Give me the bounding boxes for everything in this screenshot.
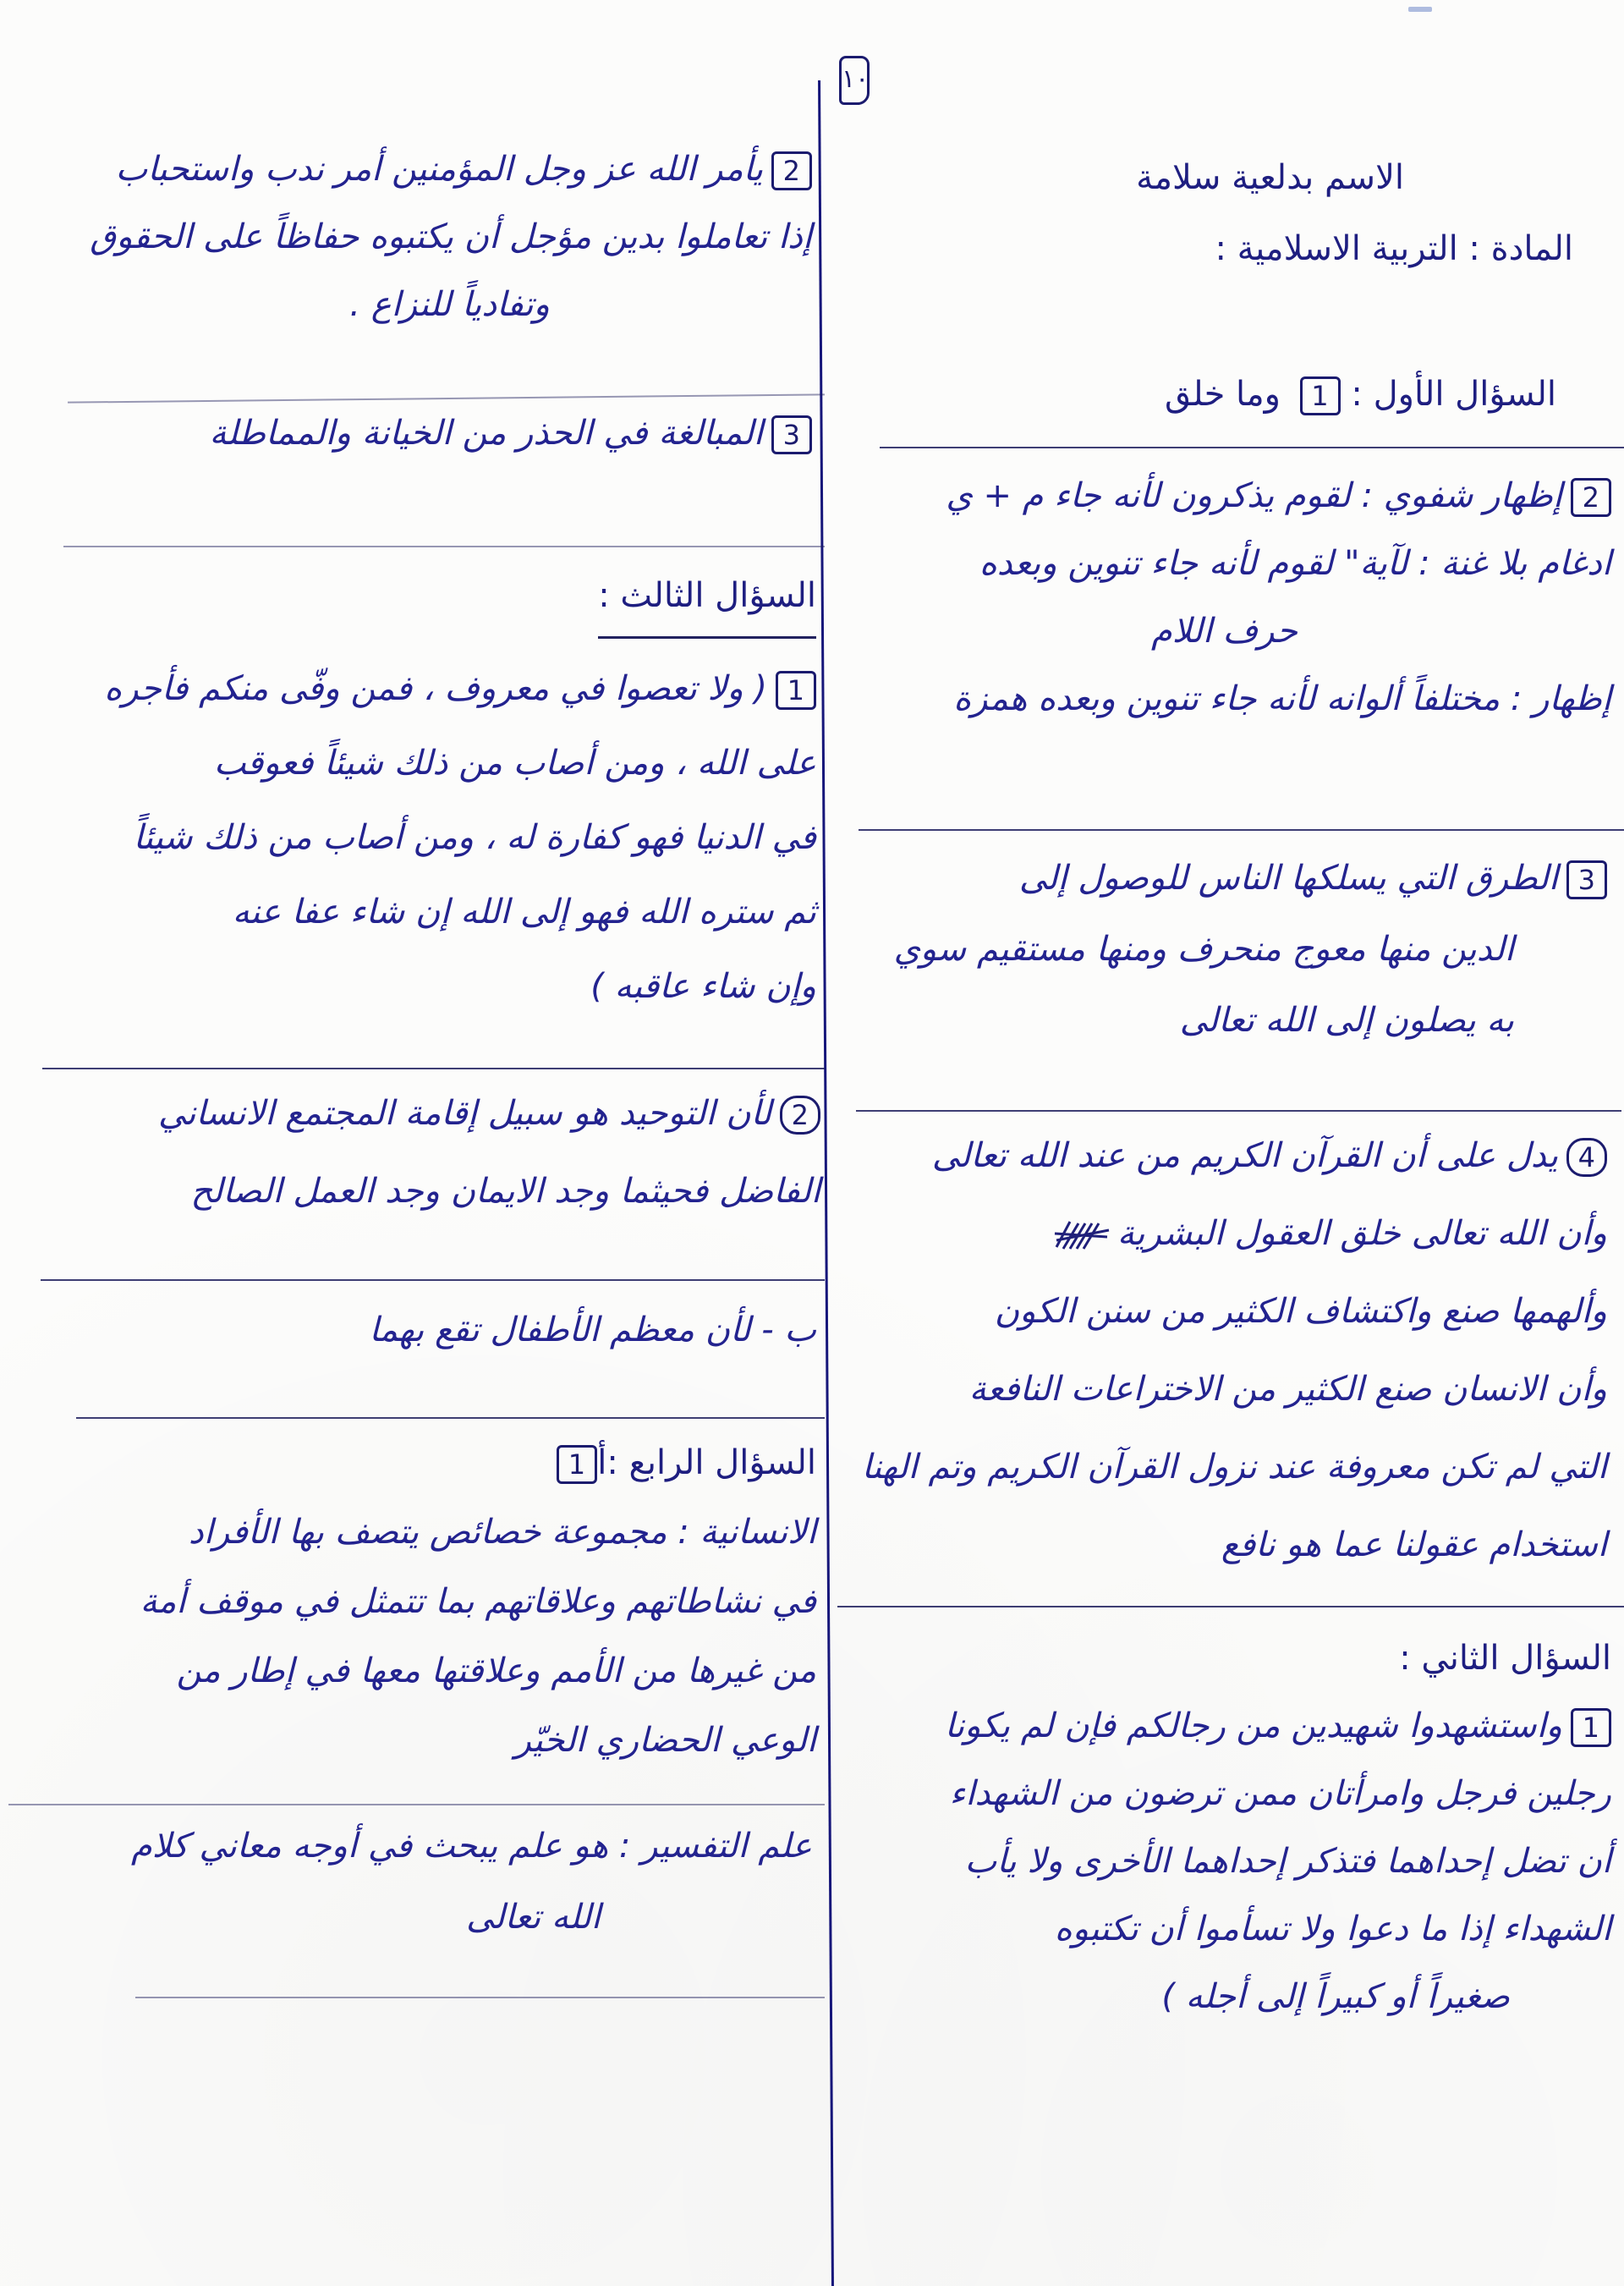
q4-title: السؤال الرابع :: [606, 1443, 816, 1482]
q3-a2-number: 2: [780, 1096, 820, 1135]
q3-answer-1: 1( ولا تعصوا في معروف ، فمن وفّى منكم فأ…: [42, 651, 816, 1024]
q1-a4-line: وأن الانسان صنع الكثير من الاختراعات الن…: [837, 1350, 1607, 1428]
q4-a1-line: الانسانية : مجموعة خصائص يتصف بها الأفرا…: [51, 1497, 816, 1567]
q2-a3-line: 3المبالغة في الحذر من الخيانة والمماطلة: [127, 398, 812, 469]
q3-a1-line: على الله ، ومن أصاب من ذلك شيئاً فعوقب: [42, 726, 816, 800]
q3-a2-line: 2لأن التوحيد هو سبيل إقامة المجتمع الانس…: [34, 1074, 820, 1152]
q1-a2-line: إظهار : مختلفاً ألوانه لأنه جاء تنوين وب…: [837, 665, 1611, 733]
q2-a2-line: وتفادياً للنزاع .: [25, 271, 812, 338]
q1-a3-line: به يصلون إلى الله تعالى: [846, 985, 1607, 1056]
q1-a3-line: 3الطرق التي يسلكها الناس للوصول إلى: [846, 843, 1607, 914]
q1-a1-number: 1: [1300, 376, 1341, 415]
q2-a1-number: 1: [1571, 1708, 1611, 1747]
rule-q3-a2: [41, 1279, 825, 1281]
q2-a1-line: 1واستشهدوا شهيدين من رجالكم فإن لم يكونا: [833, 1692, 1611, 1760]
q4-answer-2: علم التفسير : هو علم يبحث في أوجه معاني …: [42, 1811, 812, 1953]
q2-a2-line: 2يأمر الله عز وجل المؤمنين أمر ندب واستح…: [25, 135, 812, 203]
q2-a1-line: رجلين فرجل وامرأتان ممن ترضون من الشهداء: [833, 1760, 1611, 1827]
q2-a2-line: إذا تعاملوا بدين مؤجل أن يكتبوه حفاظاً ع…: [25, 203, 812, 271]
rule-q1-a1: [880, 447, 1624, 448]
q1-a4-line: استخدام عقولنا عما هو نافع: [837, 1506, 1607, 1584]
rule-q1-a2: [859, 829, 1624, 831]
q3-answer-b: ب - لأن معظم الأطفال تقع بهما: [254, 1294, 816, 1366]
q4-a1-line: الوعي الحضاري الخيّر: [51, 1706, 816, 1775]
q3-a1-line: في الدنيا فهو كفارة له ، ومن أصاب من ذلك…: [42, 800, 816, 875]
q1-a4-number: 4: [1566, 1138, 1607, 1177]
q3-b-line: ب - لأن معظم الأطفال تقع بهما: [254, 1294, 816, 1366]
q4-a1-prefix: أ: [597, 1443, 606, 1482]
q3-a1-line: ثم ستره الله فهو إلى الله إن شاء عفا عنه: [42, 875, 816, 949]
rule-q1-a4: [837, 1606, 1624, 1607]
q3-heading-row: السؤال الثالث :: [507, 560, 816, 639]
q4-heading-line: السؤال الرابع :أ1: [51, 1428, 816, 1497]
q3-a1-line: وإن شاء عاقبه ): [42, 949, 816, 1024]
q1-a2-line: حرف اللام: [837, 597, 1611, 665]
q1-answer-3: 3الطرق التي يسلكها الناس للوصول إلى الدي…: [846, 843, 1607, 1056]
q2-answer-2: 2يأمر الله عز وجل المؤمنين أمر ندب واستح…: [25, 135, 812, 338]
q1-a2-number: 2: [1571, 478, 1611, 517]
rule-q3-a1: [42, 1068, 825, 1069]
q4-a1-number: 1: [557, 1445, 597, 1484]
q1-a4-line: 4يدل على أن القرآن الكريم من عند الله تع…: [837, 1117, 1607, 1195]
rule-q2-a3: [63, 546, 825, 547]
q2-a1-line: الشهداء إذا ما دعوا ولا تسأموا أن تكتبوه: [833, 1895, 1611, 1963]
q2-title: السؤال الثاني :: [833, 1624, 1611, 1692]
q2-block: السؤال الثاني : 1واستشهدوا شهيدين من رجا…: [833, 1624, 1611, 2030]
rule-q4-a2: [135, 1997, 825, 1998]
q4-a1-line: في نشاطاتهم وعلاقاتهم بما تتمثل في موقف …: [51, 1567, 816, 1636]
q2-a3-number: 3: [771, 415, 812, 454]
q3-title: السؤال الثالث :: [598, 560, 816, 639]
scan-artifact-mark: [1408, 7, 1432, 12]
rule-q1-a3: [856, 1110, 1621, 1112]
q3-a1-line: 1( ولا تعصوا في معروف ، فمن وفّى منكم فأ…: [42, 651, 816, 726]
student-name: الاسم بدلعية سلامة: [846, 142, 1573, 213]
q1-heading-row: السؤال الأول : 1 وما خلق: [846, 359, 1556, 430]
rule-q3-b: [76, 1417, 825, 1419]
q3-a2-line: الفاضل فحيثما وجد الايمان وجد العمل الصا…: [34, 1152, 820, 1230]
q1-a4-line: التي لم تكن معروفة عند نزول القرآن الكري…: [837, 1428, 1607, 1506]
q2-a2-number: 2: [771, 151, 812, 190]
subject-line: المادة : التربية الاسلامية :: [846, 213, 1573, 284]
rule-q4-a1: [8, 1804, 825, 1805]
q1-answer-2: 2إظهار شفوي : لقوم يذكرون لأنه جاء م + ي…: [837, 462, 1611, 733]
q1-a4-line: وأن الله تعالى خلق العقول البشرية: [837, 1195, 1607, 1272]
q2-a1-line: صغيراً أو كبيراً إلى أجله ): [833, 1963, 1611, 2030]
crossed-out-scribble-icon: [1053, 1218, 1112, 1252]
q2-a1-line: أن تضل إحداهما فتذكر إحداهما الأخرى ولا …: [833, 1827, 1611, 1895]
answer-sheet: ١٠ الاسم بدلعية سلامة المادة : التربية ا…: [0, 0, 1624, 2286]
q4-a2-line: علم التفسير : هو علم يبحث في أوجه معاني …: [42, 1811, 812, 1882]
q4-block: السؤال الرابع :أ1 الانسانية : مجموعة خصا…: [51, 1428, 816, 1775]
q1-title: السؤال الأول :: [1351, 375, 1556, 414]
q4-a2-line: الله تعالى: [42, 1882, 812, 1953]
q1-a1-text: وما خلق: [1165, 375, 1281, 414]
page-number-badge: ١٠: [839, 56, 870, 105]
q1-heading-line: السؤال الأول : 1 وما خلق: [846, 359, 1556, 430]
q2-answer-3: 3المبالغة في الحذر من الخيانة والمماطلة: [127, 398, 812, 469]
header-block: الاسم بدلعية سلامة المادة : التربية الاس…: [846, 142, 1573, 284]
q1-a3-line: الدين منها معوج منحرف ومنها مستقيم سوي: [846, 914, 1607, 985]
q4-a1-line: من غيرها من الأمم وعلاقتها معها في إطار …: [51, 1636, 816, 1706]
q1-a2-line: 2إظهار شفوي : لقوم يذكرون لأنه جاء م + ي: [837, 462, 1611, 530]
q1-a4-line: وألهمها صنع واكتشاف الكثير من سنن الكون: [837, 1272, 1607, 1350]
q1-a2-line: ادغام بلا غنة : لآية" لقوم لأنه جاء تنوي…: [837, 530, 1611, 597]
q3-a1-number: 1: [776, 671, 816, 710]
q1-a3-number: 3: [1566, 860, 1607, 899]
q1-answer-4: 4يدل على أن القرآن الكريم من عند الله تع…: [837, 1117, 1607, 1584]
q3-answer-2: 2لأن التوحيد هو سبيل إقامة المجتمع الانس…: [34, 1074, 820, 1230]
